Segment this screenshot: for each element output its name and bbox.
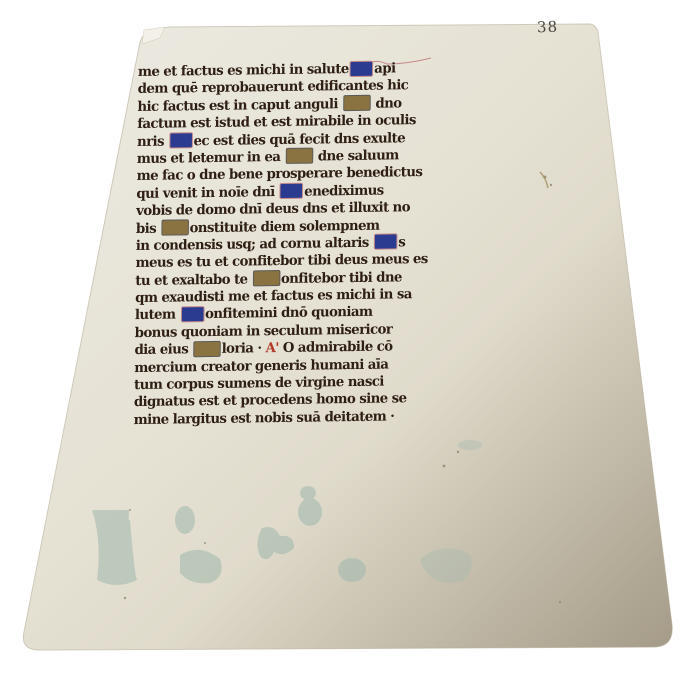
illuminated-initial	[281, 184, 303, 198]
manuscript-text-block: me et factus es michi in saluteapi dem q…	[134, 59, 468, 429]
illuminated-initial	[253, 271, 279, 285]
illuminated-initial	[375, 235, 397, 249]
folio-number: 38	[537, 18, 559, 37]
illuminated-initial	[181, 307, 203, 321]
illuminated-initial	[194, 342, 220, 356]
photo-stage: 38 me et factus es michi in saluteapi de…	[0, 0, 700, 677]
illuminated-initial	[162, 220, 188, 234]
illuminated-initial	[286, 149, 312, 163]
illuminated-initial	[344, 96, 370, 110]
rubric-antiphon-mark: A'	[265, 340, 278, 356]
illuminated-initial	[351, 61, 373, 75]
illuminated-initial	[170, 133, 192, 147]
